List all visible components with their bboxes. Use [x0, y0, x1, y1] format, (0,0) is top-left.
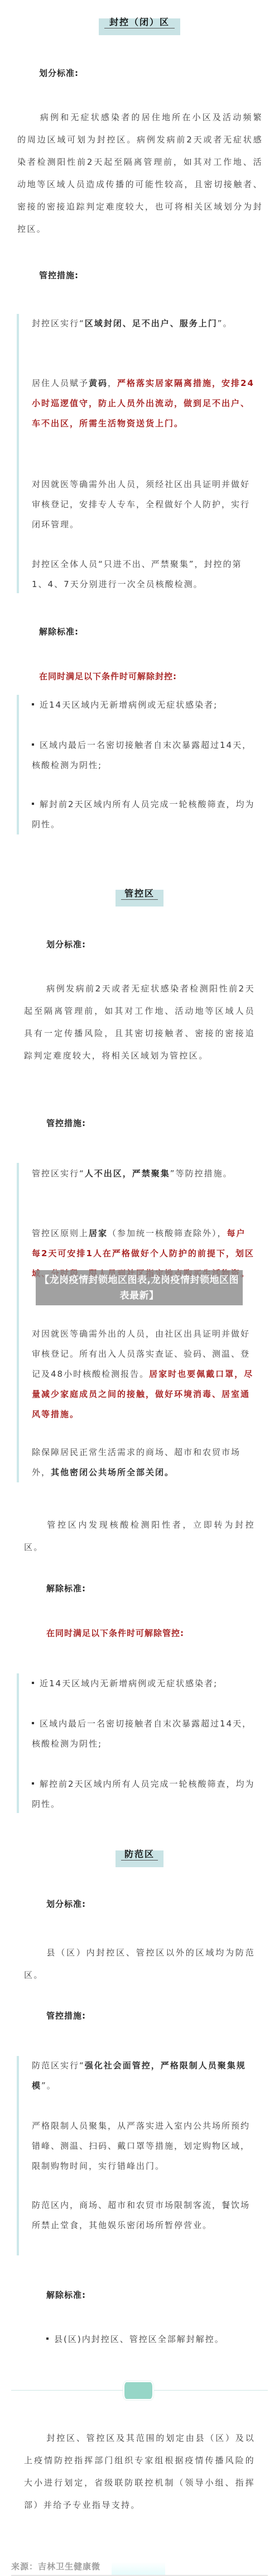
criteria-text: 病例和无症状感染者的居住地所在小区及活动频繁的周边区域可划为封控区。病例发病前2… — [17, 106, 263, 240]
section-badge-controlled: 管控区 — [116, 890, 163, 907]
title-underline — [121, 1860, 158, 1861]
release-condition: 在同时满足以下条件时可解除管控: — [46, 1627, 184, 1639]
source-label: 来源：吉林卫生健康微 — [11, 2560, 100, 2572]
measure-paragraph: 除保障居民正常生活需求的商场、超市和农贸市场外，其他密闭公共场所全部关闭。 — [32, 1442, 255, 1482]
measures-label: 管控措施: — [46, 2010, 86, 2021]
release-item: 区域内最后一名密切接触者自末次暴露超过14天，核酸检测为阴性; — [32, 735, 255, 775]
source-fade — [112, 2562, 165, 2576]
release-item: 区域内最后一名密切接触者自末次暴露超过14天，核酸检测为阴性; — [32, 1714, 255, 1754]
section-badge-sealed: 封控（闭）区 — [99, 18, 180, 35]
release-item: 解封前2天区域内所有人员完成一轮核酸筛查，均为阴性。 — [32, 794, 255, 834]
measure-paragraph: 管控区实行“人不出区，严禁聚集”等防控措施。 — [32, 1163, 255, 1184]
quote-bar-extension — [17, 469, 262, 593]
criteria-label: 划分标准: — [39, 67, 79, 79]
closing-text: 封控区、管控区及其范围的划定由县（区）及以上疫情防控指挥部门组织专家组根据疫情传… — [24, 2427, 255, 2516]
release-item: 解控前2天区域内所有人员完成一轮核酸筛查，均为阴性。 — [32, 1774, 255, 1814]
criteria-text: 县（区）内封控区、管控区以外的区域均为防范区。 — [24, 1941, 255, 1986]
mask-icon — [124, 2382, 152, 2399]
release-item: 县(区)内封控区、管控区全部解封解控。 — [46, 2329, 258, 2349]
title-underline — [104, 28, 175, 28]
release-item: 近14天区域内无新增病例或无症状感染者; — [32, 1673, 255, 1694]
measure-paragraph: 防范区内，商场、超市和农贸市场限制客流，餐饮场所禁止堂食，其他娱乐密闭场所暂停营… — [32, 2195, 255, 2235]
release-label: 解除标准: — [39, 626, 79, 637]
criteria-text: 病例发病前2天或者无症状感染者检测阳性前2天起至隔离管理前，如其对工作地、活动地… — [24, 977, 255, 1067]
measure-paragraph: 居住人员赋予黄码，严格落实居家隔离措施，安排24小时巡逻值守，防止人员外出流动，… — [32, 373, 255, 433]
measure-paragraph: 对因就医等确需外出的人员，由社区出具证明并做好审核登记。所有出入人员落实查证、验… — [32, 1324, 255, 1424]
section-title: 防范区 — [116, 1847, 163, 1860]
release-label: 解除标准: — [46, 2289, 86, 2301]
section-title: 封控（闭）区 — [99, 15, 180, 28]
measure-paragraph: 严格限制人员聚集，从严落实进入室内公共场所预约错峰、测温、扫码、戴口罩等措施，划… — [32, 2116, 255, 2176]
measures-label: 管控措施: — [46, 1117, 86, 1129]
criteria-label: 划分标准: — [46, 938, 86, 950]
measures-quote-block — [17, 1163, 262, 1482]
measures-label: 管控措施: — [39, 269, 79, 281]
section-title: 管控区 — [116, 886, 163, 899]
overlay-title-banner: 【龙岗疫情封锁地区图表,龙岗疫情封锁地区图表最新】 — [36, 1270, 243, 1305]
measure-paragraph: 封控区实行“区域封闭、足不出户、服务上门”。 — [32, 313, 255, 333]
release-condition: 在同时满足以下条件时可解除封控: — [39, 670, 177, 682]
measure-paragraph: 防范区实行“强化社会面管控，严格限制人员聚集规模”。 — [32, 2055, 255, 2096]
title-underline — [121, 899, 158, 900]
release-item: 近14天区域内无新增病例或无症状感染者; — [32, 695, 255, 715]
criteria-label: 划分标准: — [46, 1898, 86, 1910]
release-label: 解除标准: — [46, 1582, 86, 1594]
section-badge-prevention: 防范区 — [116, 1850, 163, 1867]
after-text: 管控区内发现核酸检测阳性者，立即转为封控区。 — [24, 1514, 255, 1558]
